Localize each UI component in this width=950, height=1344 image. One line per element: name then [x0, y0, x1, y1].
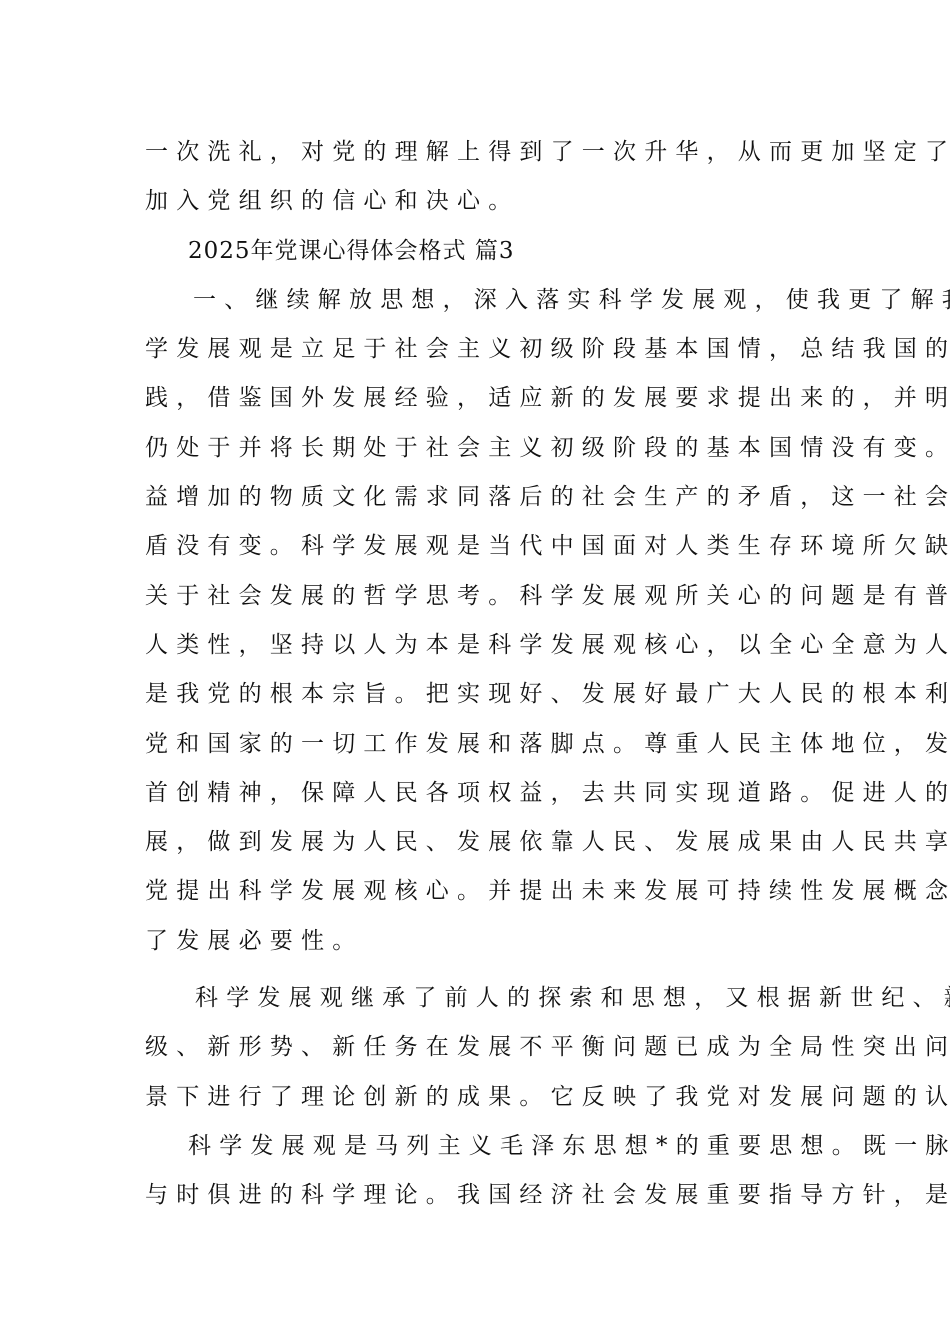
text-line: 是我党的根本宗旨。把实现好、发展好最广大人民的根本利益作为: [145, 678, 807, 727]
text-line: 了发展必要性。: [145, 925, 807, 974]
text-line: 学发展观是立足于社会主义初级阶段基本国情，总结我国的发展实: [145, 333, 807, 382]
text-line: 展，做到发展为人民、发展依靠人民、发展成果由人民共享这是我: [145, 826, 807, 875]
text-line: 践，借鉴国外发展经验，适应新的发展要求提出来的，并明确我国: [145, 382, 807, 431]
text-line: 加入党组织的信心和决心。: [145, 185, 807, 234]
document-page: 一次洗礼，对党的理解上得到了一次升华，从而更加坚定了我申请 加入党组织的信心和决…: [145, 136, 807, 1229]
text-line: 关于社会发展的哲学思考。科学发展观所关心的问题是有普遍性和: [145, 580, 807, 629]
text-line: 党和国家的一切工作发展和落脚点。尊重人民主体地位，发展人民: [145, 728, 807, 777]
text-line: 科学发展观是马列主义毛泽东思想*的重要思想。既一脉相承又: [145, 1130, 807, 1179]
text-line: 一次洗礼，对党的理解上得到了一次升华，从而更加坚定了我申请: [145, 136, 807, 185]
text-line: 一、继续解放思想，深入落实科学发展观，使我更了解我国科: [145, 284, 807, 333]
text-line: 党提出科学发展观核心。并提出未来发展可持续性发展概念，肯定: [145, 875, 807, 924]
text-line: 盾没有变。科学发展观是当代中国面对人类生存环境所欠缺的新的: [145, 530, 807, 579]
text-line: 仍处于并将长期处于社会主义初级阶段的基本国情没有变。人民日: [145, 432, 807, 481]
text-line: 与时俱进的科学理论。我国经济社会发展重要指导方针，是发展中: [145, 1179, 807, 1228]
text-line: 人类性，坚持以人为本是科学发展观核心，以全心全意为人民服务: [145, 629, 807, 678]
text-line: 科学发展观继承了前人的探索和思想，又根据新世纪、新阶: [145, 982, 807, 1031]
text-line: 首创精神，保障人民各项权益，去共同实现道路。促进人的全面发: [145, 777, 807, 826]
section-heading: 2025年党课心得体会格式 篇3: [145, 235, 807, 284]
text-line: 景下进行了理论创新的成果。它反映了我党对发展问题的认识。: [145, 1081, 807, 1130]
text-line: 益增加的物质文化需求同落后的社会生产的矛盾，这一社会主要矛: [145, 481, 807, 530]
text-line: 级、新形势、新任务在发展不平衡问题已成为全局性突出问题的背: [145, 1031, 807, 1080]
